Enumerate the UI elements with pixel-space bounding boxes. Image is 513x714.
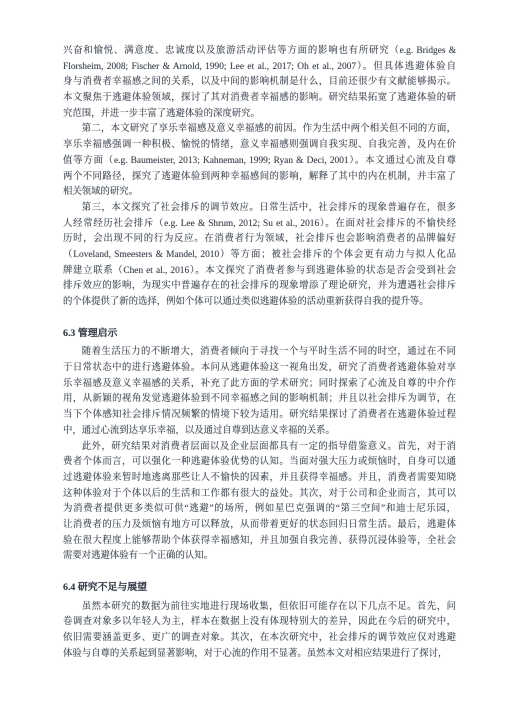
text-line: （Loveland, Smeesters & Mandel, 2010）等方面；… <box>63 248 456 264</box>
text-line: 值等方面（e.g. Baumeister, 2013; Kahneman, 19… <box>63 154 456 170</box>
text-line: 身与消费者幸福感之间的关系，以及中间的影响机制是什么，目前还很少有文献能够揭示。 <box>63 75 456 91</box>
page-content: 兴奋和愉悦、满意度、忠诚度以及旅游活动评估等方面的影响也有所研究（e.g. Br… <box>63 44 456 662</box>
paragraph: 第二，本文研究了享乐幸福感及意义幸福感的前因。作为生活中两个相关但不同的方面，享… <box>63 122 456 200</box>
text-line: 让消费者的压力及烦恼有地方可以释放，从而带着更好的状态回归日常生活。最后，逃避体 <box>63 518 456 534</box>
text-line: 需要对逃避体验有一个正确的认知。 <box>63 549 456 565</box>
text-line: 相关领域的研究。 <box>63 185 456 201</box>
text-line: 排斥效应的影响，为现实中普遍存在的社会排斥的现象增添了理论研究，并为遭遇社会排斥 <box>63 279 456 295</box>
text-line: 享乐幸福感强调一种积极、愉悦的情绪，意义幸福感则强调自我实现、自我完善，及内在价 <box>63 138 456 154</box>
text-line: 用，从新颖的视角发觉逃避体验到不同幸福感之间的影响机制；并且以社会排斥为调节，在 <box>63 392 456 408</box>
text-line: 第三，本文探究了社会排斥的调节效应。日常生活中，社会排斥的现象普遍存在，很多 <box>63 201 456 217</box>
text-line: Florsheim, 2008; Fischer & Arnold, 1990;… <box>63 60 456 76</box>
text-line: 牌建立联系（Chen et al., 2016）。本文探究了消费者参与到逃避体验… <box>63 264 456 280</box>
text-line: 为消费者提供更多类似可供“逃避”的场所，例如星巴克强调的“第三空间”和迪士尼乐园… <box>63 502 456 518</box>
text-line: 历时，会出现不同的行为反应。在消费者行为领域，社会排斥也会影响消费者的品牌偏好 <box>63 232 456 248</box>
paragraph: 随着生活压力的不断增大，消费者倾向于寻找一个与平时生活不同的时空，通过在不同于日… <box>63 345 456 439</box>
text-line: 体验与自尊的关系起到显著影响，对于心流的作用不显著。虽然本文对相应结果进行了探讨… <box>63 647 456 663</box>
text-line: 中，通过心流到达享乐幸福，以及通过自尊到达意义幸福的关系。 <box>63 424 456 440</box>
section-heading: 6.3 管理启示 <box>63 326 456 342</box>
document-page: 兴奋和愉悦、满意度、忠诚度以及旅游活动评估等方面的影响也有所研究（e.g. Br… <box>0 0 513 714</box>
text-line: 费者个体而言，可以强化一种逃避体验优势的认知。当面对强大压力或烦恼时，自身可以通 <box>63 455 456 471</box>
text-line: 究范围，并进一步丰富了逃避体验的深度研究。 <box>63 107 456 123</box>
paragraph: 虽然本研究的数据为前往实地进行现场收集，但依旧可能存在以下几点不足。首先，问卷调… <box>63 600 456 663</box>
text-line: 这种体验对于个体以后的生活和工作都有很大的益处。其次，对于公司和企业而言，其可以 <box>63 487 456 503</box>
text-line: 兴奋和愉悦、满意度、忠诚度以及旅游活动评估等方面的影响也有所研究（e.g. Br… <box>63 44 456 60</box>
text-line: 虽然本研究的数据为前往实地进行现场收集，但依旧可能存在以下几点不足。首先，问 <box>63 600 456 616</box>
text-line: 过逃避体验来暂时地逃离那些让人不愉快的因素，并且获得幸福感。并且，消费者需要知晓 <box>63 471 456 487</box>
text-line: 第二，本文研究了享乐幸福感及意义幸福感的前因。作为生活中两个相关但不同的方面， <box>63 122 456 138</box>
text-line: 本文聚焦于逃避体验领域，探讨了其对消费者幸福感的影响。研究结果拓宽了逃避体验的研 <box>63 91 456 107</box>
text-line: 当下个体感知社会排斥情况频繁的情境下较为适用。研究结果探讨了消费者在逃避体验过程 <box>63 408 456 424</box>
text-line: 于日常状态中的进行逃避体验。本问从逃避体验这一视角出发，研究了消费者逃避体验对享 <box>63 361 456 377</box>
text-line: 此外，研究结果对消费者层面以及企业层面都具有一定的指导借鉴意义。首先，对于消 <box>63 440 456 456</box>
text-line: 验在很大程度上能够帮助个体获得幸福感知，并且加强自我完善、获得沉浸体验等，全社会 <box>63 534 456 550</box>
text-line: 依旧需要涵盖更多、更广的调查对象。其次，在本次研究中，社会排斥的调节效应仅对逃避 <box>63 631 456 647</box>
text-line: 卷调查对象多以年轻人为主，样本在数据上没有体现特别大的差异，因此在今后的研究中， <box>63 615 456 631</box>
text-line: 两个不同路径，探究了逃避体验到两种幸福感间的影响，解释了其中的内在机制，并丰富了 <box>63 170 456 186</box>
text-line: 随着生活压力的不断增大，消费者倾向于寻找一个与平时生活不同的时空，通过在不同 <box>63 345 456 361</box>
section-heading: 6.4 研究不足与展望 <box>63 580 456 596</box>
paragraph: 第三，本文探究了社会排斥的调节效应。日常生活中，社会排斥的现象普遍存在，很多人经… <box>63 201 456 311</box>
text-line: 的个体提供了新的选择，例如个体可以通过类似逃避体验的活动重新获得自我的提升等。 <box>63 295 456 311</box>
paragraph: 此外，研究结果对消费者层面以及企业层面都具有一定的指导借鉴意义。首先，对于消费者… <box>63 440 456 566</box>
paragraph: 兴奋和愉悦、满意度、忠诚度以及旅游活动评估等方面的影响也有所研究（e.g. Br… <box>63 44 456 122</box>
text-line: 人经常经历社会排斥（e.g. Lee & Shrum, 2012; Su et … <box>63 217 456 233</box>
text-line: 乐幸福感及意义幸福感的关系，补充了此方面的学术研究；同时探索了心流及自尊的中介作 <box>63 377 456 393</box>
